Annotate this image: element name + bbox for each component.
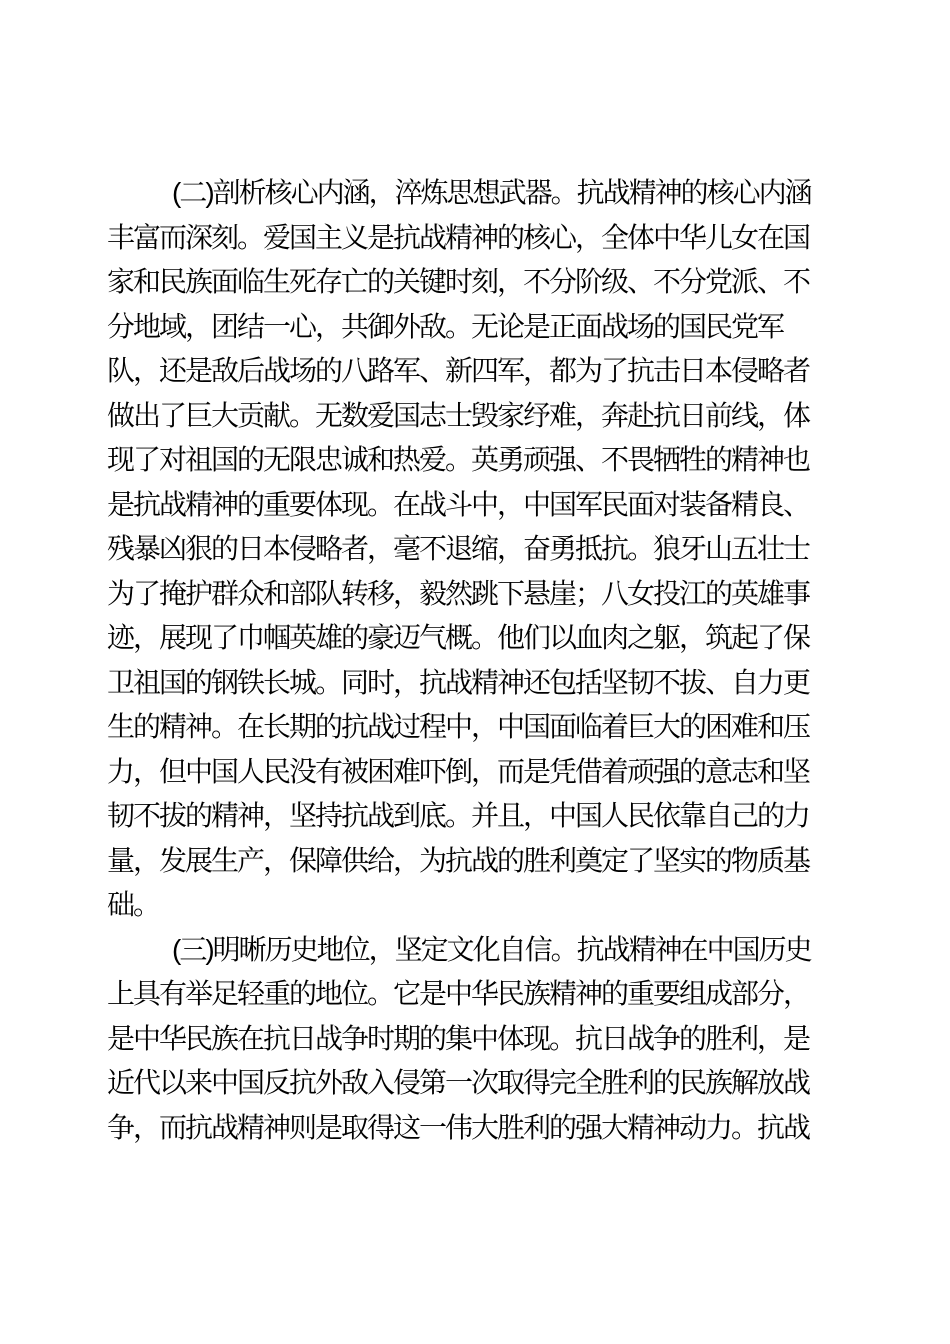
text-line: (二)剖析核心内涵，淬炼思想武器。抗战精神的核心内涵 [107,171,897,216]
text-line: 现了对祖国的无限忠诚和热爱。英勇顽强、不畏牺牲的精神也 [107,438,897,483]
text-line: 是抗战精神的重要体现。在战斗中，中国军民面对装备精良、 [107,483,897,528]
text-line: 分地域，团结一心，共御外敌。无论是正面战场的国民党军 [107,305,897,350]
text-line: 卫祖国的钢铁长城。同时，抗战精神还包括坚韧不拔、自力更 [107,661,897,706]
text-line: 韧不拔的精神，坚持抗战到底。并且，中国人民依靠自己的力 [107,794,897,839]
text-line: 量，发展生产，保障供给，为抗战的胜利奠定了坚实的物质基 [107,839,897,884]
text-line: 家和民族面临生死存亡的关键时刻，不分阶级、不分党派、不 [107,260,897,305]
text-line: 近代以来中国反抗外敌入侵第一次取得完全胜利的民族解放战 [107,1061,897,1106]
text-line: 上具有举足轻重的地位。它是中华民族精神的重要组成部分， [107,972,897,1017]
text-line: (三)明晰历史地位，坚定文化自信。抗战精神在中国历史 [107,928,897,973]
document-page: (二)剖析核心内涵，淬炼思想武器。抗战精神的核心内涵丰富而深刻。爱国主义是抗战精… [0,0,950,1344]
paragraph: (二)剖析核心内涵，淬炼思想武器。抗战精神的核心内涵丰富而深刻。爱国主义是抗战精… [107,171,897,928]
text-line: 础。 [107,883,897,928]
text-line: 生的精神。在长期的抗战过程中，中国面临着巨大的困难和压 [107,705,897,750]
text-line: 为了掩护群众和部队转移，毅然跳下悬崖；八女投江的英雄事 [107,572,897,617]
text-line: 力，但中国人民没有被困难吓倒，而是凭借着顽强的意志和坚 [107,750,897,795]
text-line: 是中华民族在抗日战争时期的集中体现。抗日战争的胜利，是 [107,1017,897,1062]
text-line: 队，还是敌后战场的八路军、新四军，都为了抗击日本侵略者 [107,349,897,394]
text-line: 迹，展现了巾帼英雄的豪迈气概。他们以血肉之躯，筑起了保 [107,616,897,661]
text-line: 残暴凶狠的日本侵略者，毫不退缩，奋勇抵抗。狼牙山五壮士 [107,527,897,572]
text-line: 做出了巨大贡献。无数爱国志士毁家纾难，奔赴抗日前线，体 [107,394,897,439]
text-line: 争，而抗战精神则是取得这一伟大胜利的强大精神动力。抗战 [107,1106,897,1151]
text-line: 丰富而深刻。爱国主义是抗战精神的核心，全体中华儿女在国 [107,216,897,261]
document-text-body: (二)剖析核心内涵，淬炼思想武器。抗战精神的核心内涵丰富而深刻。爱国主义是抗战精… [107,171,897,1150]
paragraph: (三)明晰历史地位，坚定文化自信。抗战精神在中国历史上具有举足轻重的地位。它是中… [107,928,897,1151]
